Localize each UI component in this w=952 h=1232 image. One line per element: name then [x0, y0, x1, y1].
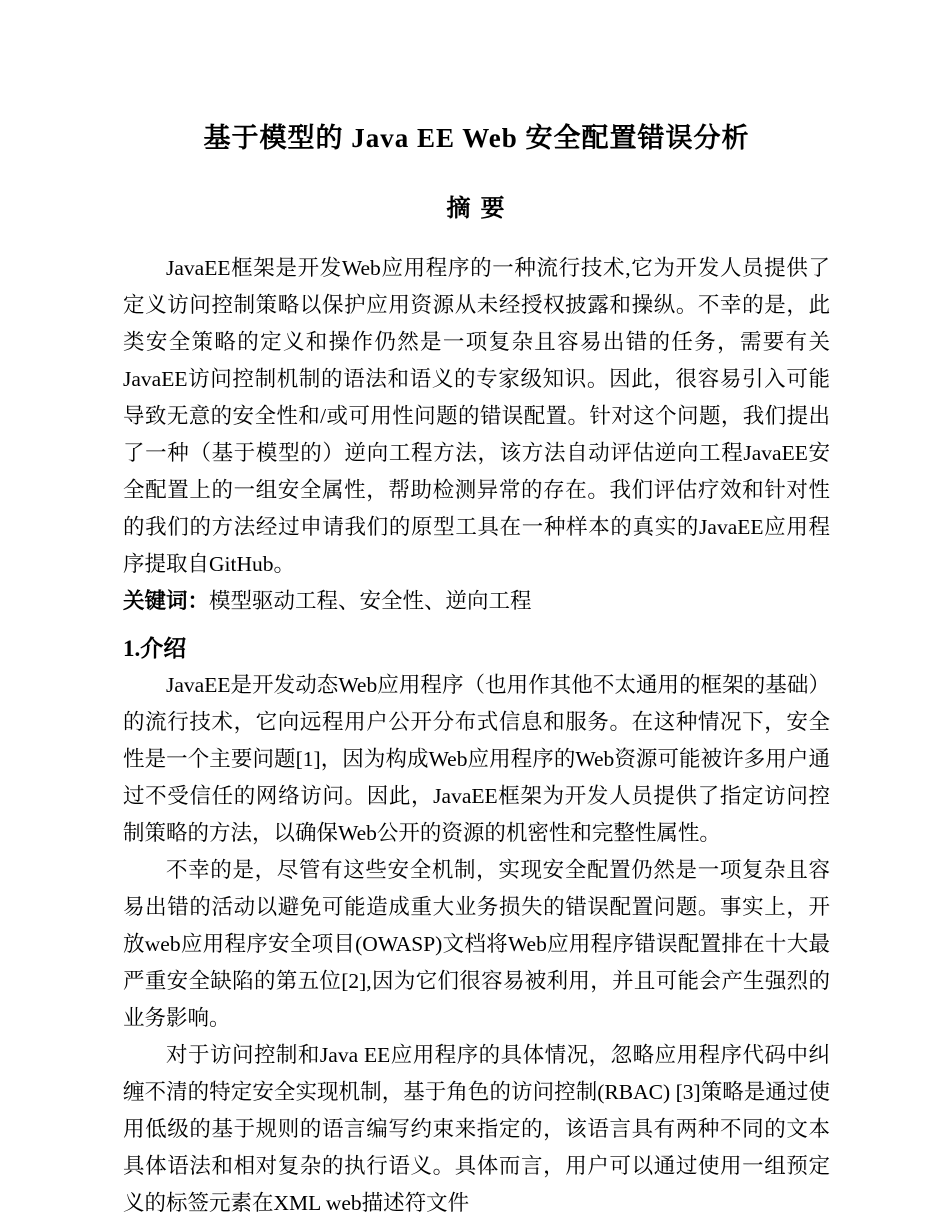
document-page: 基于模型的 Java EE Web 安全配置错误分析 摘 要 JavaEE框架是… — [0, 0, 952, 1232]
intro-paragraph-1: JavaEE是开发动态Web应用程序（也用作其他不太通用的框架的基础）的流行技术… — [123, 667, 830, 852]
keywords-text: 模型驱动工程、安全性、逆向工程 — [209, 589, 532, 613]
abstract-heading: 摘 要 — [123, 192, 830, 226]
keywords-line: 关键词：模型驱动工程、安全性、逆向工程 — [123, 583, 830, 620]
intro-paragraph-3: 对于访问控制和Java EE应用程序的具体情况，忽略应用程序代码中纠缠不清的特定… — [123, 1037, 830, 1222]
section-heading-introduction: 1.介绍 — [123, 630, 830, 667]
keywords-label: 关键词： — [123, 589, 209, 613]
paper-title: 基于模型的 Java EE Web 安全配置错误分析 — [123, 118, 830, 158]
intro-paragraph-2: 不幸的是，尽管有这些安全机制，实现安全配置仍然是一项复杂且容易出错的活动以避免可… — [123, 852, 830, 1037]
abstract-paragraph: JavaEE框架是开发Web应用程序的一种流行技术,它为开发人员提供了定义访问控… — [123, 250, 830, 583]
